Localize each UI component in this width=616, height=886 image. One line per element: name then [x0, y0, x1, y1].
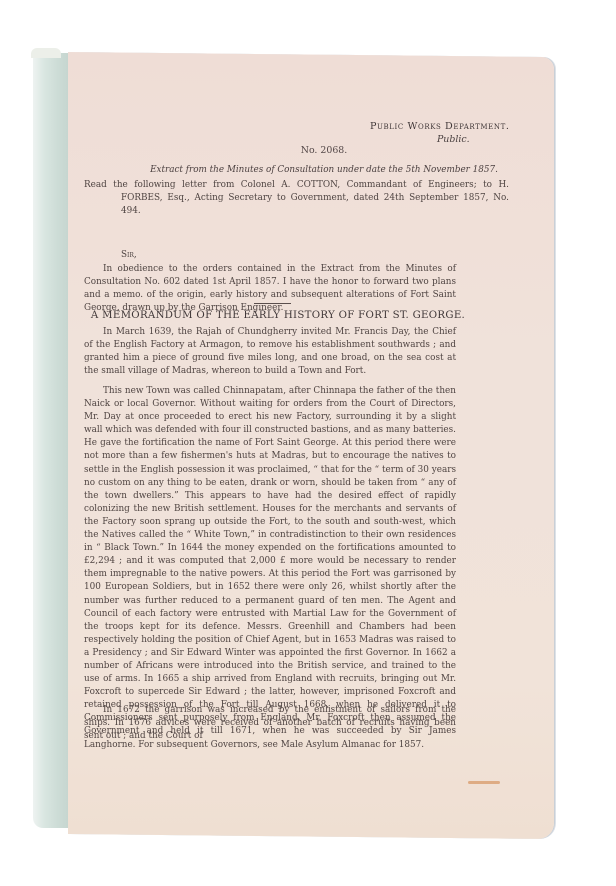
document-page: Public Works Department. Public. No. 206…	[68, 52, 554, 839]
paper-stain	[468, 781, 500, 784]
document-number: No. 2068.	[68, 145, 554, 156]
spine-frayed-top	[31, 48, 61, 58]
letter-body: In obedience to the orders contained in …	[84, 263, 456, 315]
pamphlet-spine	[33, 53, 71, 828]
extract-line: Extract from the Minutes of Consultation…	[68, 165, 554, 175]
salutation: Sir,	[121, 250, 137, 260]
department-heading: Public Works Department.	[370, 121, 510, 132]
memorandum-title: A MEMORANDUM OF THE EARLY HISTORY OF FOR…	[68, 310, 488, 321]
memo-paragraph-2: This new Town was called Chinnapatam, af…	[84, 385, 456, 752]
memo-paragraph-3: In 1672 the garrison was increased by th…	[84, 704, 456, 743]
read-paragraph: Read the following letter from Colonel A…	[84, 179, 509, 218]
classification-label: Public.	[437, 134, 470, 145]
section-divider	[254, 303, 291, 304]
memo-paragraph-1: In March 1639, the Rajah of Chundgherry …	[84, 326, 456, 378]
